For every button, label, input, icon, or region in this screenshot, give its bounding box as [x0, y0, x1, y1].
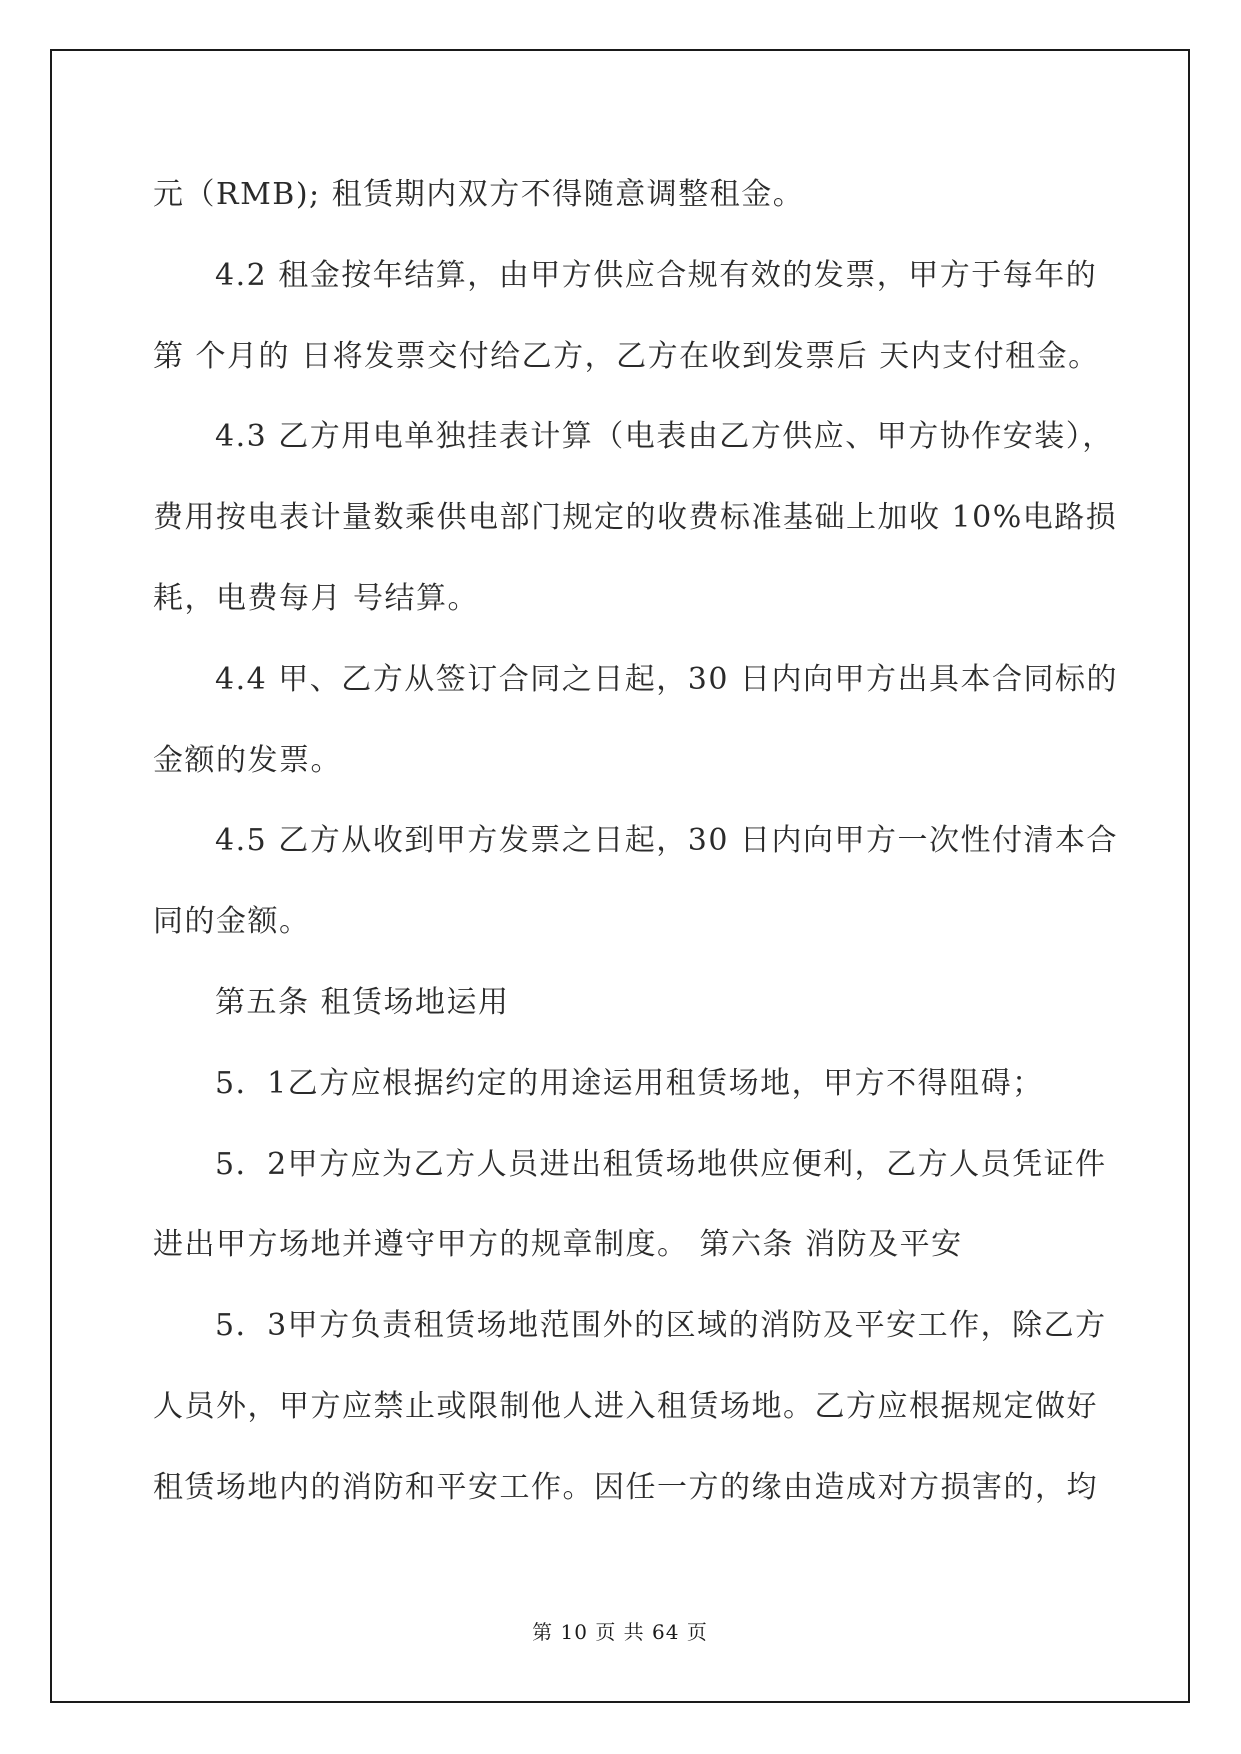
text-line: 5．1乙方应根据约定的用途运用租赁场地，甲方不得阻碍； [153, 1044, 1138, 1125]
text-line: 元（RMB); 租赁期内双方不得随意调整租金。 [153, 155, 1138, 236]
text-line: 进出甲方场地并遵守甲方的规章制度。 第六条 消防及平安 [153, 1205, 1138, 1286]
text-line: 同的金额。 [153, 882, 1138, 963]
text-line: 4.4 甲、乙方从签订合同之日起，30 日内向甲方出具本合同标的 [153, 640, 1138, 721]
text-line: 4.5 乙方从收到甲方发票之日起，30 日内向甲方一次性付清本合 [153, 801, 1138, 882]
page-footer: 第 10 页 共 64 页 [50, 1618, 1190, 1646]
text-line: 租赁场地内的消防和平安工作。因任一方的缘由造成对方损害的，均 [153, 1448, 1138, 1529]
text-line: 4.3 乙方用电单独挂表计算（电表由乙方供应、甲方协作安装）， [153, 397, 1138, 478]
text-line: 5．3甲方负责租赁场地范围外的区域的消防及平安工作，除乙方 [153, 1286, 1138, 1367]
text-line: 第五条 租赁场地运用 [153, 963, 1138, 1044]
text-line: 费用按电表计量数乘供电部门规定的收费标准基础上加收 10%电路损 [153, 478, 1138, 559]
text-line: 5．2甲方应为乙方人员进出租赁场地供应便利，乙方人员凭证件 [153, 1125, 1138, 1206]
text-line: 4.2 租金按年结算，由甲方供应合规有效的发票，甲方于每年的 [153, 236, 1138, 317]
document-body: 元（RMB); 租赁期内双方不得随意调整租金。4.2 租金按年结算，由甲方供应合… [153, 155, 1138, 1529]
text-line: 第 个月的 日将发票交付给乙方，乙方在收到发票后 天内支付租金。 [153, 317, 1138, 398]
text-line: 人员外，甲方应禁止或限制他人进入租赁场地。乙方应根据规定做好 [153, 1367, 1138, 1448]
text-line: 金额的发票。 [153, 721, 1138, 802]
text-line: 耗，电费每月 号结算。 [153, 559, 1138, 640]
